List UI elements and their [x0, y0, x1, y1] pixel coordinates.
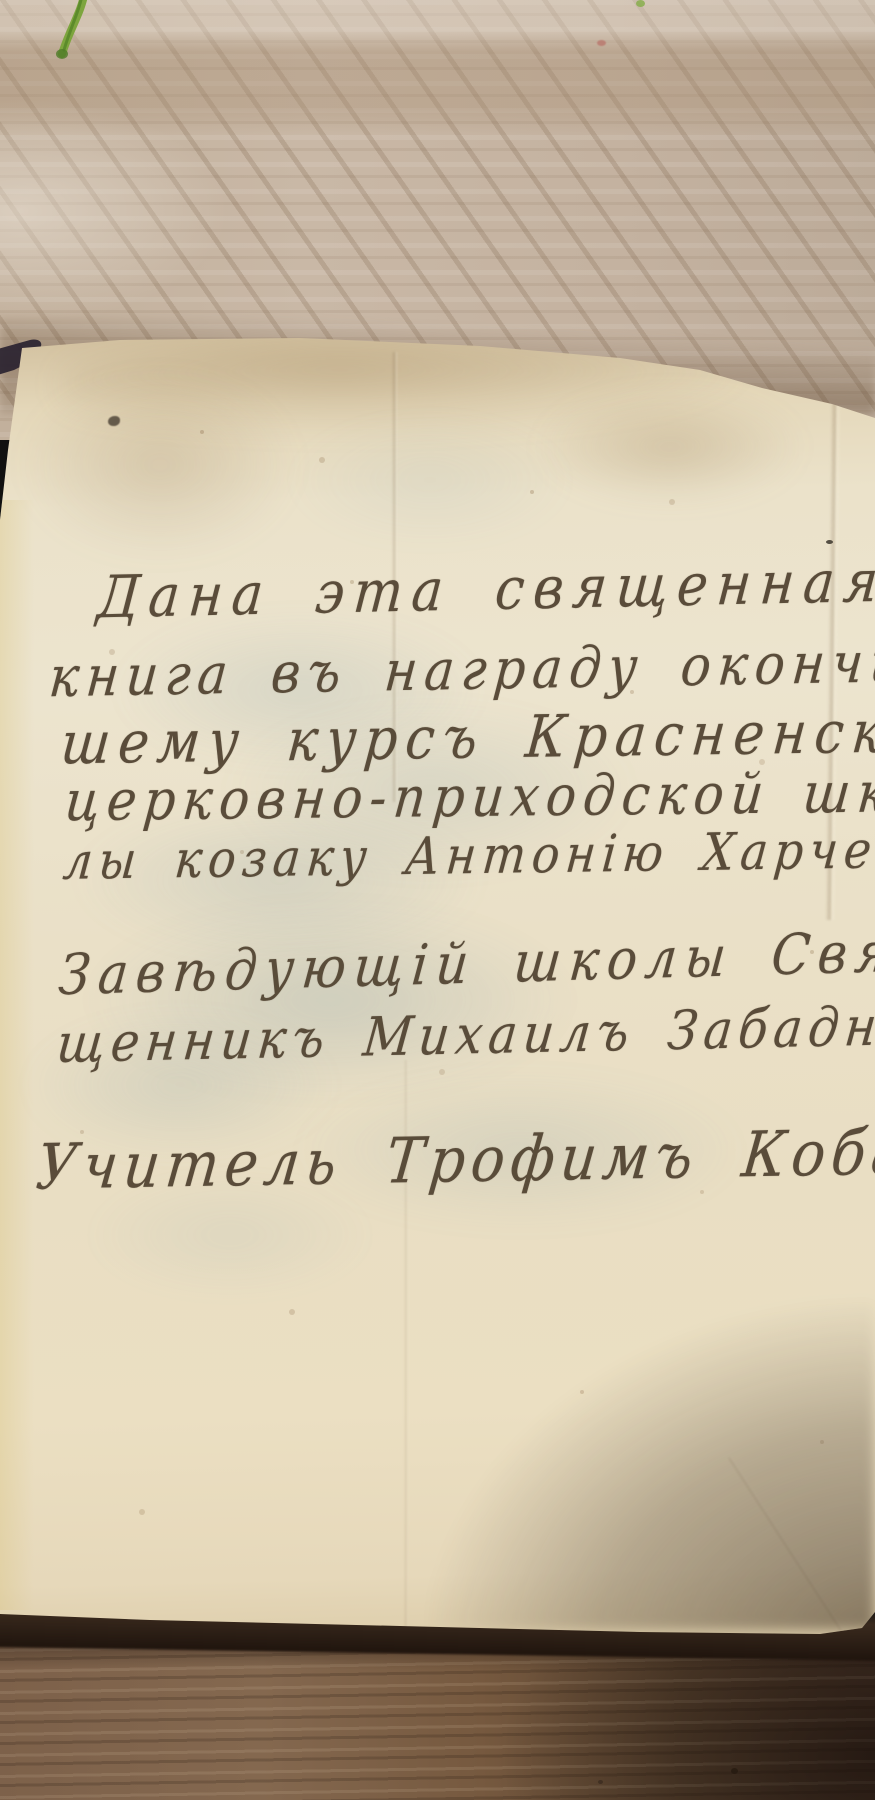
green-paint-speck [636, 0, 645, 7]
handwriting-line-1: Дана эта священная [95, 551, 875, 629]
handwriting-line-8: Учитель Трофимъ Коба — [33, 1119, 875, 1202]
page-left-edge-tint [0, 500, 34, 1610]
page-stain-blue [280, 410, 580, 550]
handwriting-line-5: лы козаку Антонію Харченко. [61, 821, 875, 888]
red-paint-speck [597, 40, 606, 46]
wood-debris-speck [731, 1768, 738, 1774]
plant-sprig [38, 0, 118, 84]
page-corner-shadow [430, 1300, 875, 1630]
dark-fleck [826, 540, 833, 544]
photo-of-handwritten-book-page: Дана эта священная книга въ награду окон… [0, 0, 875, 1800]
foxing-speckles [200, 430, 204, 434]
page-stain-top-left [20, 370, 300, 560]
handwriting-line-2: книга въ награду окончив- [47, 632, 875, 707]
wood-debris-speck [598, 1780, 603, 1784]
